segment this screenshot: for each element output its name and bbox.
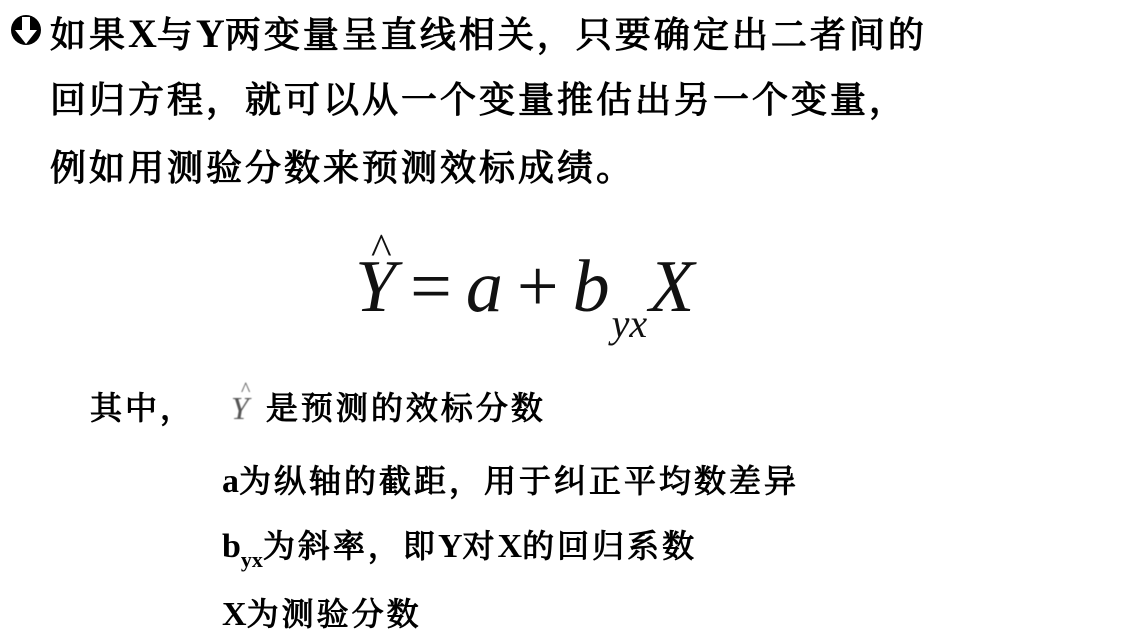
explanation-b: byx为斜率，即Y对X的回归系数 <box>222 530 697 571</box>
a-symbol: a <box>222 463 239 500</box>
yhat-description: 是预测的效标分数 <box>266 389 546 427</box>
regression-formula: Y=a+byxX <box>355 250 694 360</box>
b-description: 对 <box>463 527 498 565</box>
slope-b: b <box>573 246 610 328</box>
intercept-a: a <box>466 246 503 328</box>
a-description: 为纵轴的截距，用于纠正平均数差异 <box>239 462 799 500</box>
text: 两变量呈直线相关，只要确定出二者间的 <box>225 14 927 56</box>
b-description: 为斜率，即 <box>263 527 438 565</box>
equals-sign: = <box>410 246 452 328</box>
b-subscript: yx <box>241 547 263 572</box>
variable-y: Y <box>196 11 225 56</box>
explanation-x: X为测验分数 <box>222 598 422 632</box>
text: 如果 <box>50 14 128 56</box>
b-symbol: b <box>222 528 241 565</box>
circled-down-arrow-icon <box>10 14 42 46</box>
explanation-yhat: 其中，Y是预测的效标分数 <box>90 392 546 424</box>
paragraph-line-2: 回归方程，就可以从一个变量推估出另一个变量， <box>50 82 908 118</box>
y-symbol: Y <box>438 528 463 565</box>
y-hat-symbol: Y <box>231 392 252 424</box>
plus-sign: + <box>517 246 559 328</box>
x-symbol: X <box>498 528 523 565</box>
b-description: 的回归系数 <box>522 527 697 565</box>
x-symbol: X <box>222 596 247 633</box>
explanation-a: a为纵轴的截距，用于纠正平均数差异 <box>222 465 799 499</box>
variable-x: X <box>649 246 694 328</box>
variable-x: X <box>128 11 157 56</box>
text: 与 <box>157 14 196 56</box>
paragraph-line-1: 如果X与Y两变量呈直线相关，只要确定出二者间的 <box>50 14 927 54</box>
slope-subscript: yx <box>612 301 648 346</box>
paragraph-line-3: 例如用测验分数来预测效标成绩。 <box>50 150 635 186</box>
x-description: 为测验分数 <box>247 595 422 633</box>
y-hat: Y <box>355 250 396 324</box>
intro-label: 其中， <box>90 389 195 427</box>
